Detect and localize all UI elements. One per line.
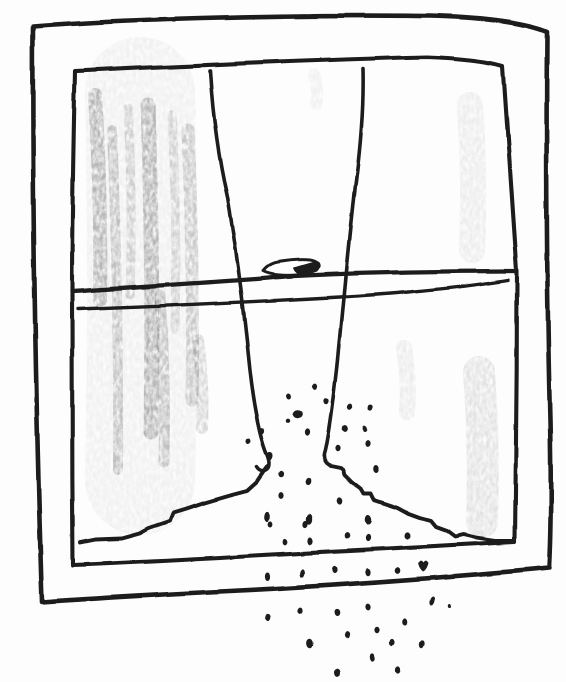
sand-dot bbox=[337, 497, 344, 505]
sand-dot bbox=[370, 652, 377, 661]
sand-dot bbox=[428, 596, 435, 606]
shading-right-streak bbox=[314, 74, 317, 104]
sand-dot bbox=[259, 428, 264, 435]
sand-dots bbox=[245, 382, 452, 677]
sand-dot bbox=[332, 566, 337, 573]
shading-left-streak bbox=[128, 108, 131, 295]
sand-dot bbox=[264, 614, 270, 621]
sand-dot bbox=[368, 405, 373, 411]
sand-dot bbox=[245, 437, 252, 444]
sand-dot bbox=[362, 426, 368, 433]
sand-dot bbox=[305, 477, 312, 485]
sand-dot bbox=[299, 569, 305, 578]
sand-dot bbox=[374, 627, 379, 633]
shading-right-streak bbox=[404, 348, 408, 412]
sand-dot bbox=[278, 471, 283, 477]
shading-left-streak bbox=[188, 130, 193, 400]
funnel-right-line bbox=[324, 69, 363, 466]
sand-dot bbox=[344, 533, 350, 540]
sand-dot bbox=[365, 603, 371, 610]
shading-left-streak bbox=[160, 295, 165, 462]
sand-dot bbox=[365, 568, 371, 576]
sand-dot bbox=[347, 403, 354, 411]
sand-dot bbox=[312, 382, 318, 390]
pencil-shading bbox=[95, 74, 483, 522]
sand-dot bbox=[292, 410, 302, 418]
funnel-left-line bbox=[210, 71, 269, 471]
window-hourglass-sketch bbox=[0, 0, 566, 682]
shading-left-streak bbox=[172, 115, 176, 330]
sand-dot bbox=[285, 392, 291, 399]
sand-dot bbox=[335, 445, 340, 451]
sand-dot bbox=[365, 534, 371, 542]
sand-dot bbox=[297, 606, 303, 614]
shading-left-streak bbox=[95, 95, 100, 300]
shading-left-streak bbox=[198, 340, 203, 428]
sand-dot bbox=[419, 641, 425, 649]
sand-dot bbox=[342, 425, 349, 433]
sand-dot bbox=[448, 604, 451, 608]
sand-dot bbox=[395, 666, 401, 674]
sand-dot bbox=[307, 537, 313, 545]
sand-dot bbox=[264, 512, 270, 522]
sand-dot bbox=[364, 515, 371, 526]
sand-dot bbox=[344, 631, 350, 638]
sand-dot bbox=[286, 419, 290, 424]
sand-dot bbox=[306, 638, 314, 648]
sand-dot bbox=[265, 573, 270, 581]
sand-dot bbox=[395, 567, 401, 574]
sand-dot bbox=[402, 618, 408, 625]
shading-left-streak bbox=[148, 105, 152, 432]
sand-dot bbox=[283, 539, 288, 546]
sand-dot-heart bbox=[418, 561, 428, 572]
sand-dot bbox=[373, 465, 379, 473]
shading-right-streak bbox=[470, 105, 473, 250]
sand-dot bbox=[365, 439, 371, 446]
sketch-canvas bbox=[0, 0, 566, 682]
shading-right-streak bbox=[479, 372, 483, 522]
sand-dot bbox=[304, 429, 310, 437]
sand-dot bbox=[334, 669, 340, 678]
sand-dot bbox=[404, 532, 410, 539]
sand-dot bbox=[389, 638, 394, 645]
sand-dot bbox=[323, 398, 328, 404]
sand-dot bbox=[278, 493, 283, 500]
sand-dot bbox=[334, 609, 340, 616]
sand-dot bbox=[268, 521, 273, 527]
